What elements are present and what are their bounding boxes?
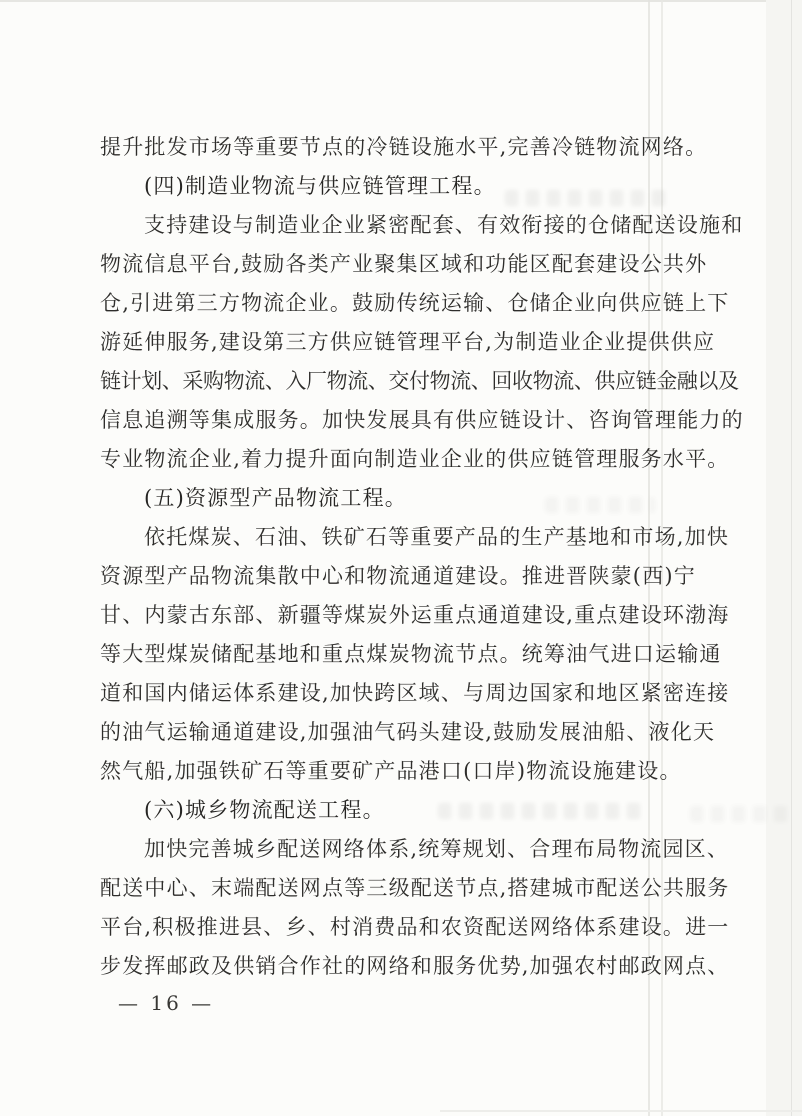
text-line: 道和国内储运体系建设,加快跨区域、与周边国家和地区紧密连接 [100,674,728,713]
text-line: 物流信息平台,鼓励各类产业聚集区域和功能区配套建设公共外 [100,245,728,284]
text-line: 然气船,加强铁矿石等重要矿产品港口(口岸)物流设施建设。 [100,752,728,791]
text-line: 步发挥邮政及供销合作社的网络和服务优势,加强农村邮政网点、 [100,947,728,986]
section-heading-6: (六)城乡物流配送工程。 [100,791,728,830]
page-number: — 16 — [118,991,214,1015]
scan-bottom-edge [440,1110,802,1112]
text-line: 游延伸服务,建设第三方供应链管理平台,为制造业企业提供供应 [100,323,728,362]
text-line: 配送中心、末端配送网点等三级配送节点,搭建城市配送公共服务 [100,869,728,908]
text-line: 信息追溯等集成服务。加快发展具有供应链设计、咨询管理能力的 [100,401,728,440]
text-line: 的油气运输通道建设,加强油气码头建设,鼓励发展油船、液化天 [100,713,728,752]
text-line: 加快完善城乡配送网络体系,统筹规划、合理布局物流园区、 [100,830,728,869]
document-page: 提升批发市场等重要节点的冷链设施水平,完善冷链物流网络。 (四)制造业物流与供应… [0,0,802,1116]
text-line: 仓,引进第三方物流企业。鼓励传统运输、仓储企业向供应链上下 [100,284,728,323]
text-line: 提升批发市场等重要节点的冷链设施水平,完善冷链物流网络。 [100,128,728,167]
text-line: 链计划、采购物流、入厂物流、交付物流、回收物流、供应链金融以及 [100,362,728,401]
text-line: 等大型煤炭储配基地和重点煤炭物流节点。统筹油气进口运输通 [100,635,728,674]
text-line: 资源型产品物流集散中心和物流通道建设。推进晋陕蒙(西)宁 [100,557,728,596]
scan-page-edge-line [791,0,792,1116]
section-heading-4: (四)制造业物流与供应链管理工程。 [100,167,728,206]
text-line: 平台,积极推进县、乡、村消费品和农资配送网络体系建设。进一 [100,908,728,947]
text-line: 甘、内蒙古东部、新疆等煤炭外运重点通道建设,重点建设环渤海 [100,596,728,635]
document-body: 提升批发市场等重要节点的冷链设施水平,完善冷链物流网络。 (四)制造业物流与供应… [100,128,728,986]
scan-page-edge-shading [766,0,802,1116]
text-line: 支持建设与制造业企业紧密配套、有效衔接的仓储配送设施和 [100,206,728,245]
section-heading-5: (五)资源型产品物流工程。 [100,479,728,518]
scan-top-edge [0,0,802,2]
text-line: 专业物流企业,着力提升面向制造业企业的供应链管理服务水平。 [100,440,728,479]
text-line: 依托煤炭、石油、铁矿石等重要产品的生产基地和市场,加快 [100,518,728,557]
